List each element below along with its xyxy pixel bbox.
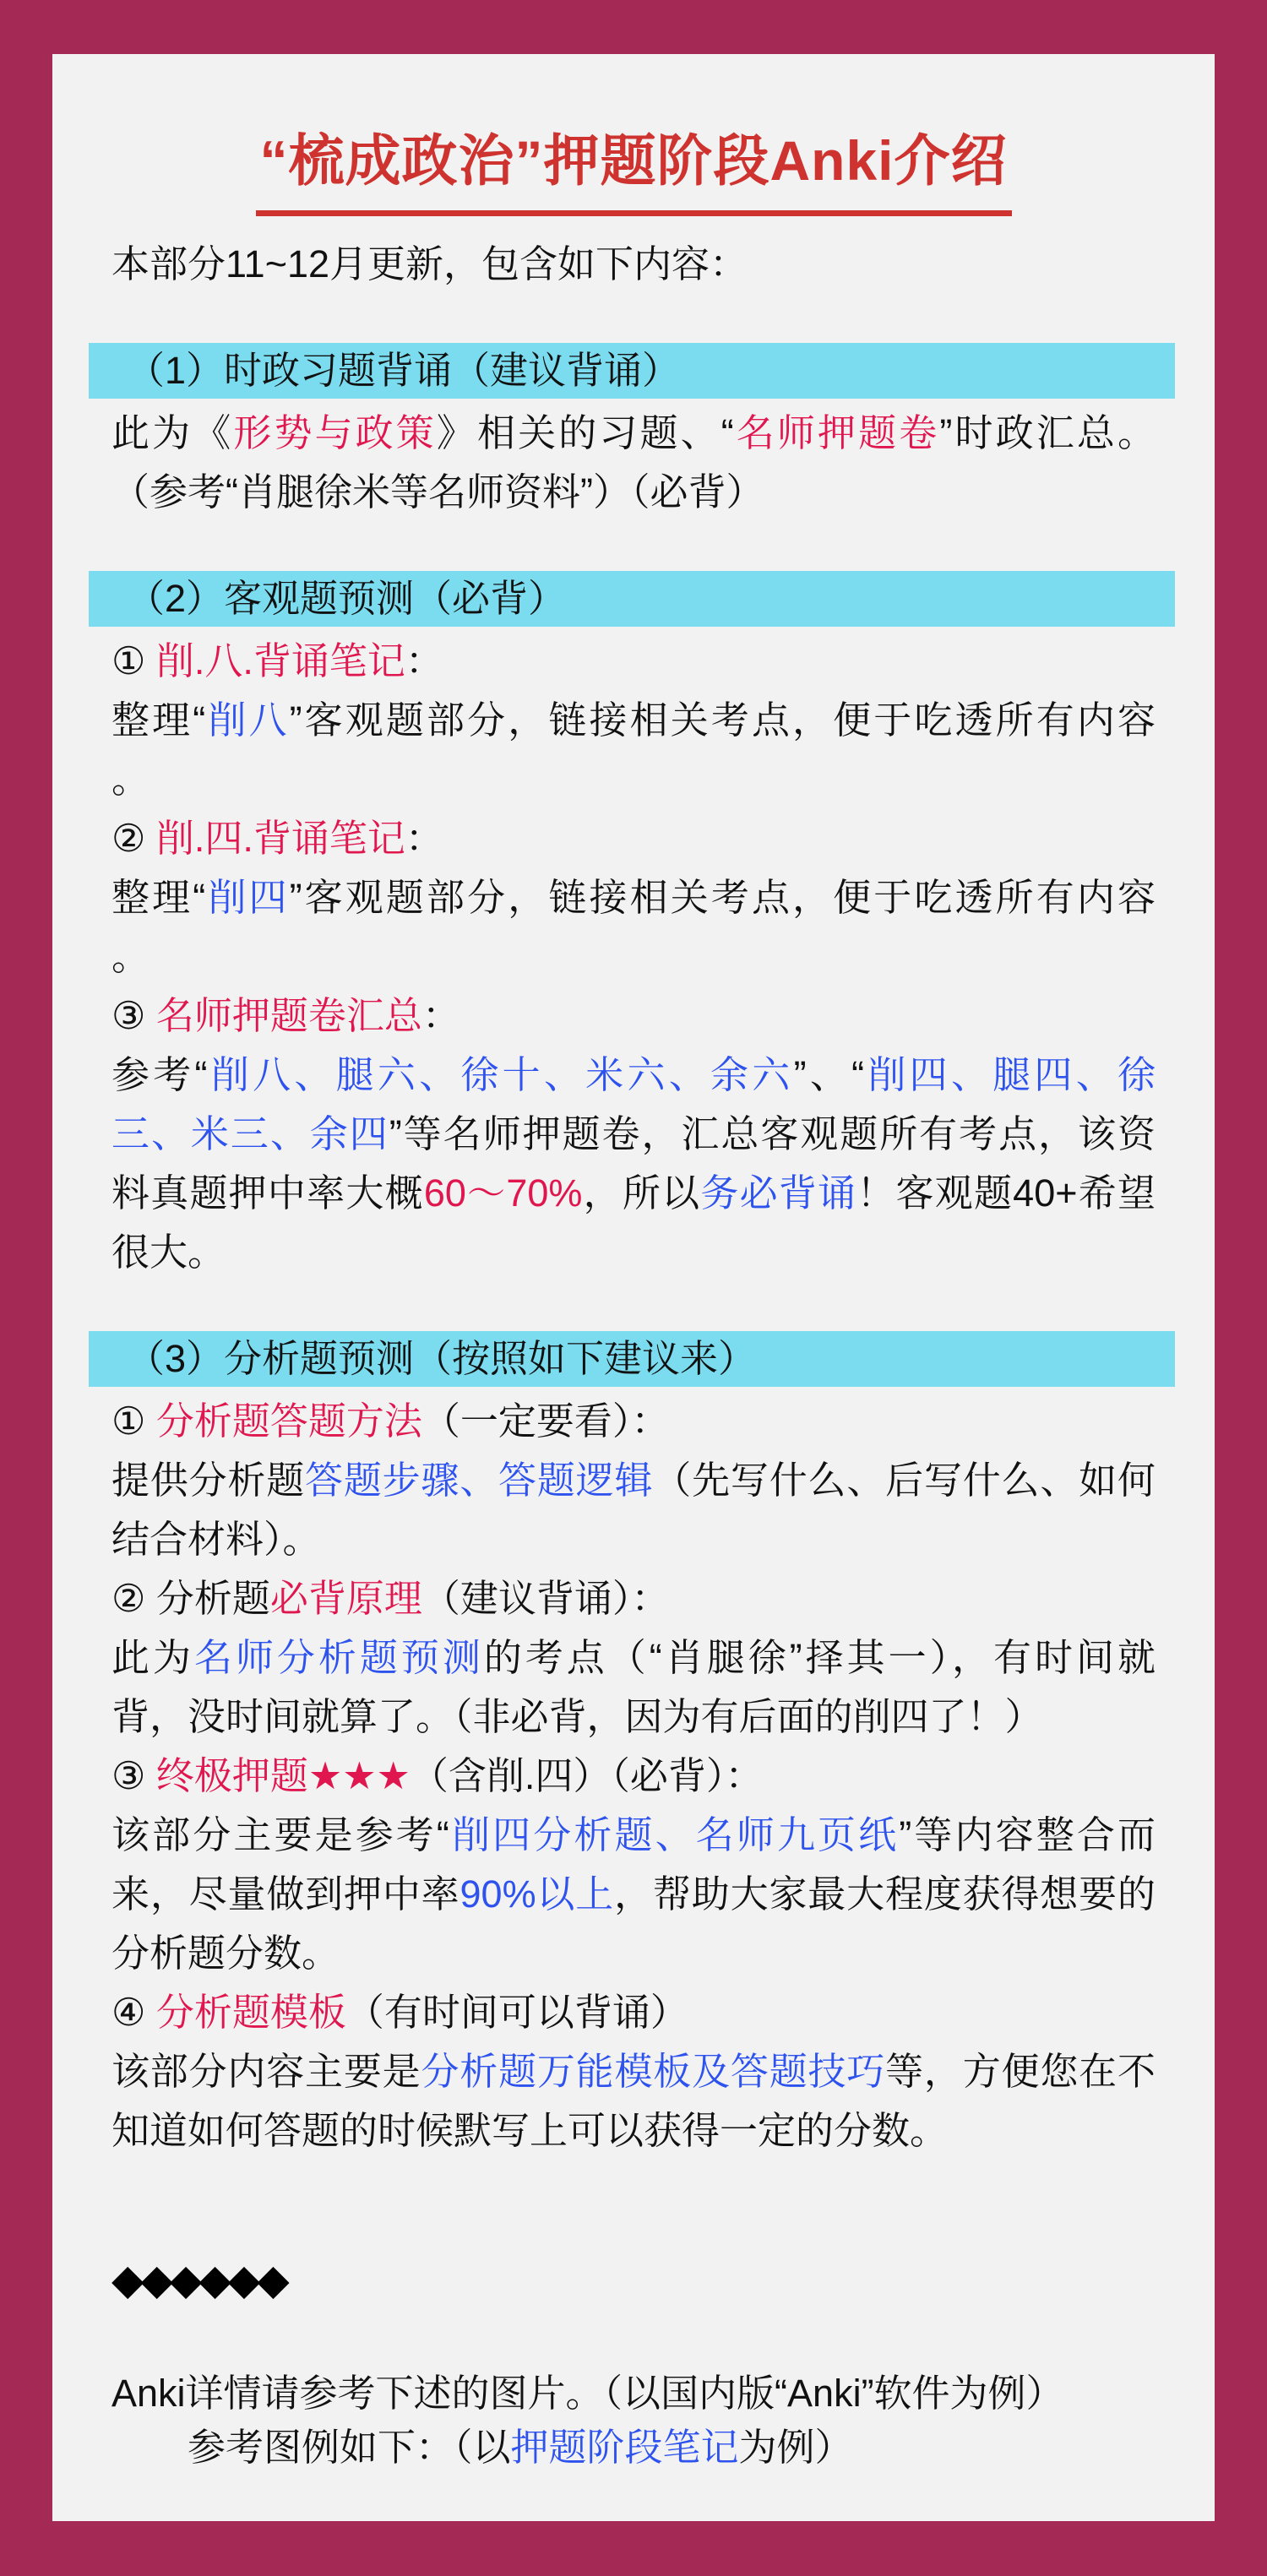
text-run: 削.四.背诵笔记 — [156, 817, 405, 860]
section-header: （2）客观题预测（必背） — [89, 571, 1175, 627]
text-run: ① — [111, 1399, 156, 1443]
text-run: 务必背诵 — [700, 1171, 856, 1215]
text-line: ④ 分析题模板（有时间可以背诵） — [111, 1983, 1156, 2042]
text-run: 名师押题卷 — [734, 411, 940, 454]
text-run: 提供分析题 — [111, 1459, 305, 1502]
section-body: ① 分析题答题方法（一定要看）：提供分析题答题步骤、答题逻辑（先写什么、后写什么… — [111, 1392, 1156, 2160]
intro-text: 本部分11~12月更新，包含如下内容： — [111, 235, 1156, 294]
section-header: （3）分析题预测（按照如下建议来） — [89, 1331, 1175, 1387]
text-run: 押题阶段笔记 — [511, 2426, 739, 2469]
text-run: ”等名师押题卷，汇总客观题所有考点，该资 — [389, 1112, 1156, 1155]
section-header: （1）时政习题背诵（建议背诵） — [89, 343, 1175, 399]
text-run: 整理“ — [111, 876, 205, 919]
text-line: 。 — [111, 750, 1156, 809]
text-line: 知道如何答题的时候默写上可以获得一定的分数。 — [111, 2101, 1156, 2160]
text-run: 料真题押中率大概 — [111, 1171, 424, 1215]
text-run: ② — [111, 817, 156, 860]
text-line: 。 — [111, 927, 1156, 986]
text-run: 整理“ — [111, 698, 205, 742]
text-run: 。 — [111, 935, 150, 978]
text-line: ③ 名师押题卷汇总： — [111, 986, 1156, 1046]
content-card: “梳成政治”押题阶段Anki介绍 本部分11~12月更新，包含如下内容： （1）… — [52, 54, 1215, 2521]
text-run: ② 分析题 — [111, 1577, 270, 1620]
text-line: 料真题押中率大概60～70%，所以务必背诵！客观题40+希望 — [111, 1164, 1156, 1223]
title-underline — [256, 210, 1012, 216]
text-run: 参考图例如下：（以 — [188, 2426, 511, 2469]
text-line: 三、米三、余四”等名师押题卷，汇总客观题所有考点，该资 — [111, 1105, 1156, 1164]
text-run: 分析题模板 — [156, 1991, 346, 2034]
text-run: 此为《 — [111, 411, 233, 454]
text-run: 背，没时间就算了。（非必背，因为有后面的削四了！） — [111, 1695, 1043, 1738]
footer-line-1: Anki详情请参考下述的图片。（以国内版“Anki”软件为例） — [111, 2367, 1156, 2421]
text-run: （参考“肖腿徐米等名师资料”）（必背） — [111, 470, 764, 514]
text-run: 的考点（“肖腿徐”择其一），有时间就 — [484, 1636, 1156, 1679]
text-run: ”客观题部分，链接相关考点，便于吃透所有内容 — [290, 876, 1156, 919]
text-run: 分析题分数。 — [111, 1932, 340, 1975]
text-run: ： — [405, 817, 443, 860]
text-line: （参考“肖腿徐米等名师资料”）（必背） — [111, 463, 1156, 522]
text-run: 为例） — [739, 2426, 853, 2469]
text-line: ② 分析题必背原理（建议背诵）： — [111, 1569, 1156, 1628]
text-run: 三、米三、余四 — [111, 1112, 389, 1155]
text-line: 整理“削四”客观题部分，链接相关考点，便于吃透所有内容 — [111, 868, 1156, 927]
section-body: 此为《形势与政策》相关的习题、“名师押题卷”时政汇总。（参考“肖腿徐米等名师资料… — [111, 404, 1156, 522]
text-run: 》相关的习题、“ — [437, 411, 734, 454]
text-run: 削.八.背诵笔记 — [156, 639, 405, 682]
text-run: 。 — [111, 758, 150, 801]
text-line: 整理“削八”客观题部分，链接相关考点，便于吃透所有内容 — [111, 691, 1156, 750]
diamond-divider: ◆◆◆◆◆◆ — [111, 2255, 1156, 2304]
text-run: 该部分主要是参考“ — [111, 1813, 449, 1856]
page-frame: “梳成政治”押题阶段Anki介绍 本部分11~12月更新，包含如下内容： （1）… — [0, 0, 1267, 2576]
section-2: （2）客观题预测（必背）① 削.八.背诵笔记：整理“削八”客观题部分，链接相关考… — [111, 571, 1156, 1282]
text-line: 结合材料）。 — [111, 1510, 1156, 1569]
text-run: 知道如何答题的时候默写上可以获得一定的分数。 — [111, 2109, 948, 2152]
text-line: 此为《形势与政策》相关的习题、“名师押题卷”时政汇总。 — [111, 404, 1156, 463]
text-run: 90%以上 — [460, 1872, 615, 1916]
text-run: 该部分内容主要是 — [111, 2050, 421, 2093]
text-run: 名师分析题预测 — [194, 1636, 484, 1679]
text-run: 削四、腿四、徐 — [864, 1053, 1156, 1096]
text-line: 该部分主要是参考“削四分析题、名师九页纸”等内容整合而 — [111, 1806, 1156, 1865]
sections-container: （1）时政习题背诵（建议背诵）此为《形势与政策》相关的习题、“名师押题卷”时政汇… — [111, 343, 1156, 2160]
text-line: ① 分析题答题方法（一定要看）： — [111, 1392, 1156, 1451]
text-run: Anki详情请参考下述的图片。（以国内版“Anki”软件为例） — [111, 2372, 1064, 2415]
text-run: （一定要看）： — [422, 1399, 670, 1443]
text-run: 很大。 — [111, 1231, 226, 1274]
footer: Anki详情请参考下述的图片。（以国内版“Anki”软件为例） 参考图例如下：（… — [111, 2367, 1156, 2475]
text-run: 名师押题卷汇总 — [156, 994, 422, 1037]
text-line: ③ 终极押题★★★（含削.四）（必背）： — [111, 1747, 1156, 1806]
section-1: （1）时政习题背诵（建议背诵）此为《形势与政策》相关的习题、“名师押题卷”时政汇… — [111, 343, 1156, 522]
text-line: ① 削.八.背诵笔记： — [111, 632, 1156, 691]
text-run: 结合材料）。 — [111, 1518, 321, 1561]
text-run: （建议背诵）： — [422, 1577, 670, 1620]
text-run: ”、“ — [794, 1053, 865, 1096]
text-run: 等，方便您在不 — [885, 2050, 1156, 2093]
text-run: （有时间可以背诵） — [346, 1991, 688, 2034]
text-run: 参考“ — [111, 1053, 208, 1096]
text-line: 提供分析题答题步骤、答题逻辑（先写什么、后写什么、如何 — [111, 1451, 1156, 1510]
text-line: 此为名师分析题预测的考点（“肖腿徐”择其一），有时间就 — [111, 1628, 1156, 1687]
text-run: 此为 — [111, 1636, 194, 1679]
text-line: ② 削.四.背诵笔记： — [111, 809, 1156, 868]
text-run: 削八、腿六、徐十、米六、余六 — [208, 1053, 794, 1096]
text-run: 分析题万能模板及答题技巧 — [421, 2050, 885, 2093]
text-run: ① — [111, 639, 156, 682]
text-line: 参考“削八、腿六、徐十、米六、余六”、“削四、腿四、徐 — [111, 1046, 1156, 1105]
text-run: 终极押题★★★ — [156, 1754, 411, 1797]
text-run: ③ — [111, 994, 156, 1037]
text-run: 答题步骤、答题逻辑 — [305, 1459, 653, 1502]
text-run: ，所以 — [582, 1171, 700, 1215]
section-body: ① 削.八.背诵笔记：整理“削八”客观题部分，链接相关考点，便于吃透所有内容。②… — [111, 632, 1156, 1282]
text-line: 该部分内容主要是分析题万能模板及答题技巧等，方便您在不 — [111, 2042, 1156, 2101]
text-run: ”等内容整合而 — [899, 1813, 1156, 1856]
text-run: （先写什么、后写什么、如何 — [653, 1459, 1156, 1502]
text-run: 形势与政策 — [233, 411, 437, 454]
text-run: 分析题答题方法 — [156, 1399, 422, 1443]
footer-line-2: 参考图例如下：（以押题阶段笔记为例） — [111, 2421, 1156, 2475]
text-run: 必背原理 — [270, 1577, 422, 1620]
text-run: ！客观题40+希望 — [856, 1171, 1156, 1215]
text-run: ： — [422, 994, 460, 1037]
text-run: 削八 — [205, 698, 289, 742]
text-run: ，帮助大家最大程度获得想要的 — [614, 1872, 1156, 1916]
section-3: （3）分析题预测（按照如下建议来）① 分析题答题方法（一定要看）：提供分析题答题… — [111, 1331, 1156, 2160]
text-run: ”时政汇总。 — [939, 411, 1156, 454]
text-run: ”客观题部分，链接相关考点，便于吃透所有内容 — [290, 698, 1156, 742]
text-line: 分析题分数。 — [111, 1924, 1156, 1983]
text-line: 背，没时间就算了。（非必背，因为有后面的削四了！） — [111, 1687, 1156, 1747]
text-line: 很大。 — [111, 1223, 1156, 1282]
text-run: ： — [405, 639, 443, 682]
text-run: ③ — [111, 1754, 156, 1797]
text-run: 削四分析题、名师九页纸 — [449, 1813, 899, 1856]
text-run: ④ — [111, 1991, 156, 2034]
page-title: “梳成政治”押题阶段Anki介绍 — [111, 132, 1156, 190]
text-run: 来，尽量做到押中率 — [111, 1872, 460, 1916]
text-line: 来，尽量做到押中率90%以上，帮助大家最大程度获得想要的 — [111, 1865, 1156, 1924]
text-run: 削四 — [205, 876, 289, 919]
text-run: （含削.四）（必背）： — [411, 1754, 764, 1797]
text-run: 60～70% — [424, 1171, 583, 1215]
